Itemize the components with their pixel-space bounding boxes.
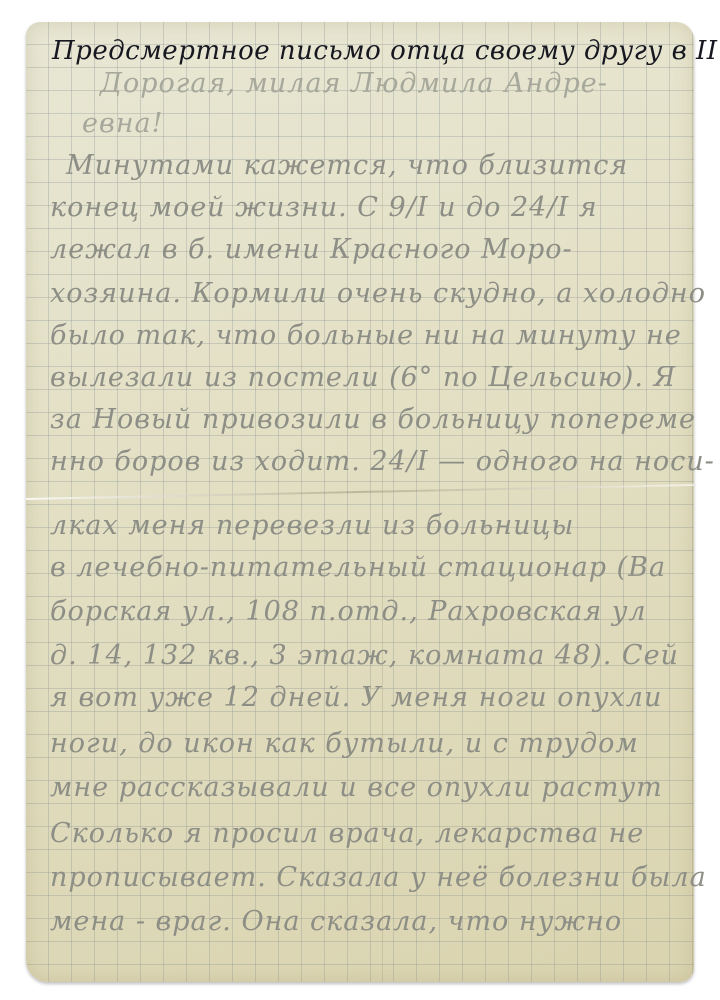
letter-line: лежал в б. имени Красного Моро- [50,234,573,265]
letter-line: в лечебно-питательный стационар (Ва [50,552,666,583]
letter-heading: Предсмертное письмо отца своему другу в … [52,36,720,66]
letter-line: д. 14, 132 кв., 3 этаж, комната 48). Сей [50,640,679,671]
letter-line: борская ул., 108 п.отд., Рахровская ул [50,596,647,627]
letter-line: я вот уже 12 дней. У меня ноги опухли [50,682,662,713]
horizontal-fold-crease [26,484,694,500]
letter-line: мена - враг. Она сказала, что нужно [50,906,622,937]
letter-line: Сколько я просил врача, лекарства не [50,818,644,849]
letter-line: вылезали из постели (6° по Цельсию). Я [50,362,676,393]
letter-line: хозяина. Кормили очень скудно, а холодно [50,278,706,309]
letter-line: было так, что больные ни на минуту не [50,320,682,351]
letter-line: прописывает. Сказала у неё болезни была [50,862,707,893]
letter-line: конец моей жизни. С 9/I и до 24/I я [50,192,598,223]
letter-line: лках меня перевезли из больницы [50,510,574,541]
letter-line: мне рассказывали и все опухли растут [50,772,663,803]
letter-page: Предсмертное письмо отца своему другу в … [26,22,694,982]
letter-line: Минутами кажется, что близится [66,150,628,181]
letter-line: нно боров из ходит. 24/I — одного на нос… [50,446,715,477]
letter-line: евна! [82,108,163,139]
letter-line: за Новый привозили в больницу попереме [50,404,696,435]
letter-line: Дорогая, милая Людмила Андре- [100,68,608,99]
letter-line: ноги, до икон как бутыли, и с трудом [50,728,639,759]
